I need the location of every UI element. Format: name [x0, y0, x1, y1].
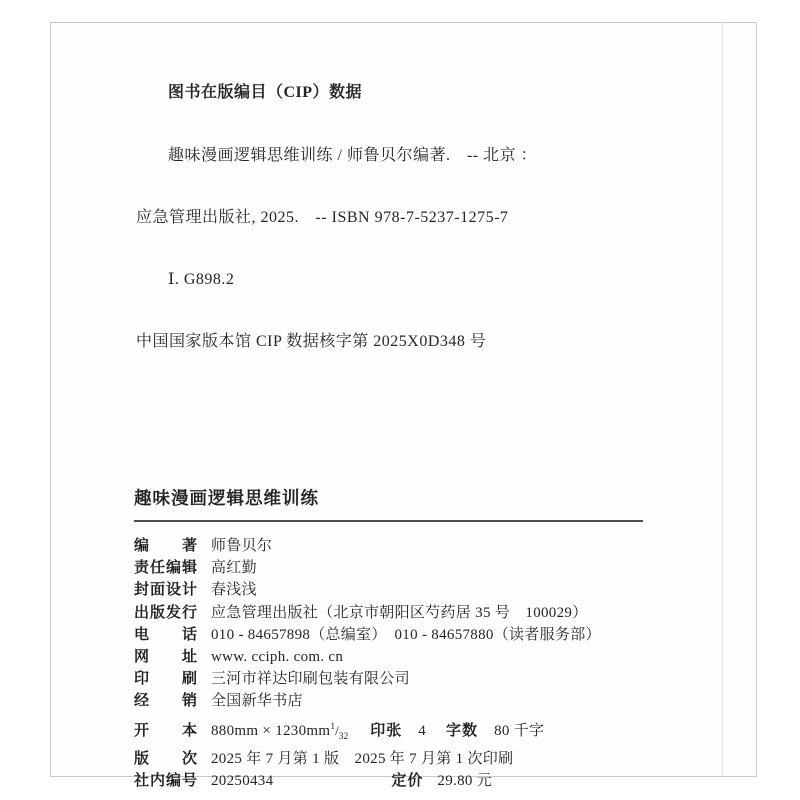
- scan-background: 图书在版编目（CIP）数据 趣味漫画逻辑思维训练 / 师鲁贝尔编著. -- 北京…: [0, 0, 800, 800]
- word-count-value: 80 千字: [494, 723, 544, 739]
- sheets-value: 4: [418, 723, 426, 739]
- colophon-block: 趣味漫画逻辑思维训练 编 著 师鲁贝尔 责任编辑 高红勤 封面设计 春浅浅: [134, 487, 662, 792]
- row-cover-design: 封面设计 春浅浅: [134, 579, 662, 601]
- row-distributor: 经 销 全国新华书店: [134, 690, 662, 712]
- sheets-label: 印张: [370, 722, 402, 739]
- row-website: 网 址 www. cciph. com. cn: [134, 646, 662, 668]
- row-editor: 编 著 师鲁贝尔: [134, 535, 662, 557]
- row-label: 编 著: [134, 535, 208, 557]
- word-count-label: 字数: [446, 722, 478, 739]
- price-value: 29.80 元: [437, 773, 492, 789]
- trim-size: 880mm × 1230mm: [211, 723, 330, 739]
- row-printer: 印 刷 三河市祥达印刷包装有限公司: [134, 668, 662, 690]
- publisher-rows: 出版发行 应急管理出版社（北京市朝阳区芍药居 35 号 100029） 电 话 …: [134, 602, 662, 712]
- row-format: 开 本 880mm × 1230mm1/32印张4字数80 千字: [134, 716, 662, 748]
- price-label: 定价: [391, 772, 423, 789]
- title-divider-rule: [134, 520, 643, 522]
- format-value: 880mm × 1230mm1/32印张4字数80 千字: [211, 716, 544, 748]
- row-serial-number: 社内编号 20250434定价29.80 元: [134, 770, 662, 792]
- serial-value: 20250434定价29.80 元: [211, 770, 492, 792]
- row-value: 春浅浅: [211, 579, 257, 601]
- page-edge-line: [722, 23, 723, 776]
- row-value: 师鲁贝尔: [211, 535, 272, 557]
- book-title: 趣味漫画逻辑思维训练: [134, 487, 662, 509]
- fraction-denominator: 32: [339, 732, 349, 742]
- row-responsible-editor: 责任编辑 高红勤: [134, 557, 662, 579]
- edition-value: 2025 年 7 月第 1 版 2025 年 7 月第 1 次印刷: [211, 748, 513, 770]
- serial-number: 20250434: [211, 773, 273, 789]
- cip-line-publisher-isbn: 应急管理出版社, 2025. -- ISBN 978-7-5237-1275-7: [136, 205, 676, 231]
- cip-block: 图书在版编目（CIP）数据 趣味漫画逻辑思维训练 / 师鲁贝尔编著. -- 北京…: [136, 43, 676, 391]
- row-publisher: 出版发行 应急管理出版社（北京市朝阳区芍药居 35 号 100029）: [134, 602, 662, 624]
- cip-line-classification: Ⅰ. G898.2: [168, 267, 676, 293]
- row-value: 全国新华书店: [211, 690, 303, 712]
- row-value: 三河市祥达印刷包装有限公司: [211, 668, 410, 690]
- format-rows: 开 本 880mm × 1230mm1/32印张4字数80 千字 版 次 202…: [134, 716, 662, 792]
- cip-heading: 图书在版编目（CIP）数据: [168, 79, 676, 107]
- row-label: 网 址: [134, 646, 208, 668]
- row-value: 010 - 84657898（总编室） 010 - 84657880（读者服务部…: [211, 624, 601, 646]
- cip-line-record-number: 中国国家版本馆 CIP 数据核字第 2025X0D348 号: [136, 329, 676, 355]
- row-label: 封面设计: [134, 579, 208, 601]
- staff-rows: 编 著 师鲁贝尔 责任编辑 高红勤 封面设计 春浅浅: [134, 535, 662, 601]
- row-label: 印 刷: [134, 668, 208, 690]
- row-label: 开 本: [134, 720, 208, 742]
- row-value: 应急管理出版社（北京市朝阳区芍药居 35 号 100029）: [211, 602, 588, 624]
- row-label: 出版发行: [134, 602, 208, 624]
- row-label: 版 次: [134, 748, 208, 770]
- book-copyright-page: 图书在版编目（CIP）数据 趣味漫画逻辑思维训练 / 师鲁贝尔编著. -- 北京…: [50, 22, 757, 777]
- row-label: 责任编辑: [134, 557, 208, 579]
- cip-line-title-author: 趣味漫画逻辑思维训练 / 师鲁贝尔编著. -- 北京 ：: [168, 143, 676, 169]
- row-value: 高红勤: [211, 557, 257, 579]
- row-label: 经 销: [134, 690, 208, 712]
- row-telephone: 电 话 010 - 84657898（总编室） 010 - 84657880（读…: [134, 624, 662, 646]
- row-label: 社内编号: [134, 770, 208, 792]
- row-edition: 版 次 2025 年 7 月第 1 版 2025 年 7 月第 1 次印刷: [134, 748, 662, 770]
- website-url: www. cciph. com. cn: [211, 646, 343, 668]
- row-label: 电 话: [134, 624, 208, 646]
